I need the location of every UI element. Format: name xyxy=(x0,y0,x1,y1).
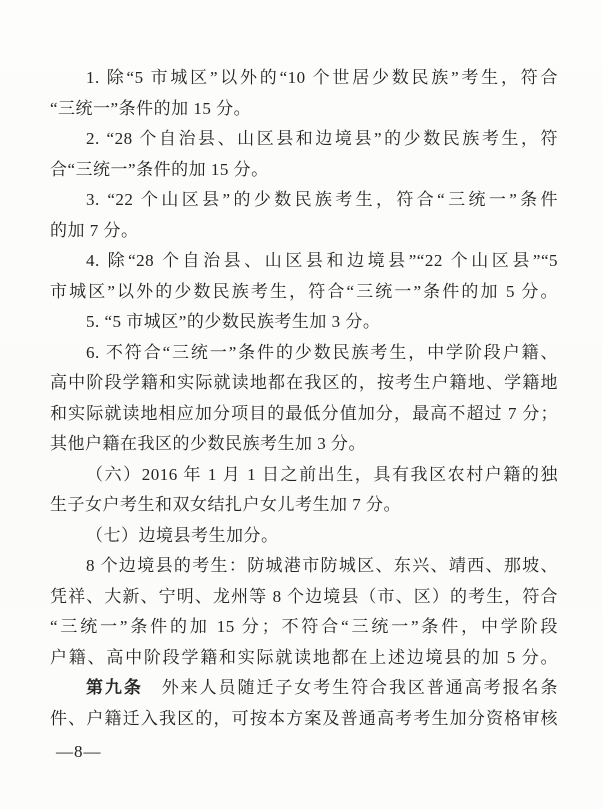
text-line: 第九条 外来人员随迁子女考生符合我区普通高考报名条 xyxy=(50,673,558,704)
text-line: 生子女户考生和双女结扎户女儿考生加 7 分。 xyxy=(50,490,558,521)
text-run: 凭祥、大新、宁明、龙州等 8 个边境县（市、区）的考生，符合 xyxy=(50,587,558,606)
text-line: 3. “22 个山区县”的少数民族考生，符合“三统一”条件 xyxy=(50,185,558,216)
text-run: “三统一”条件的加 15 分。 xyxy=(50,99,251,118)
text-line: （七）边境县考生加分。 xyxy=(50,521,558,552)
text-run: 户籍、高中阶段学籍和实际就读地都在上述边境县的加 5 分。 xyxy=(50,648,558,667)
text-run: 合“三统一”条件的加 15 分。 xyxy=(50,160,269,179)
text-run: 和实际就读地相应加分项目的最低分值加分，最高不超过 7 分； xyxy=(50,404,558,423)
document-body: 1. 除“5 市城区”以外的“10 个世居少数民族”考生，符合“三统一”条件的加… xyxy=(50,63,558,734)
text-line: 和实际就读地相应加分项目的最低分值加分，最高不超过 7 分； xyxy=(50,399,558,430)
text-run: （六）2016 年 1 月 1 日之前出生，具有我区农村户籍的独 xyxy=(86,465,558,484)
text-line: “三统一”条件的加 15 分。 xyxy=(50,94,558,125)
text-line: 其他户籍在我区的少数民族考生加 3 分。 xyxy=(50,429,558,460)
text-line: 4. 除“28 个自治县、山区县和边境县”“22 个山区县”“5 xyxy=(50,246,558,277)
text-line: （六）2016 年 1 月 1 日之前出生，具有我区农村户籍的独 xyxy=(50,460,558,491)
text-run: 外来人员随迁子女考生符合我区普通高考报名条 xyxy=(143,678,558,697)
text-line: 高中阶段学籍和实际就读地都在我区的，按考生户籍地、学籍地 xyxy=(50,368,558,399)
text-run: 其他户籍在我区的少数民族考生加 3 分。 xyxy=(50,434,366,453)
text-run: 5. “5 市城区”的少数民族考生加 3 分。 xyxy=(86,312,380,331)
text-run: 生子女户考生和双女结扎户女儿考生加 7 分。 xyxy=(50,495,401,514)
text-run: 的加 7 分。 xyxy=(50,221,139,240)
page-number: —8— xyxy=(56,741,102,763)
text-line: 户籍、高中阶段学籍和实际就读地都在上述边境县的加 5 分。 xyxy=(50,643,558,674)
text-line: 6. 不符合“三统一”条件的少数民族考生，中学阶段户籍、 xyxy=(50,338,558,369)
text-line: 5. “5 市城区”的少数民族考生加 3 分。 xyxy=(50,307,558,338)
text-run: 高中阶段学籍和实际就读地都在我区的，按考生户籍地、学籍地 xyxy=(50,373,558,392)
text-run: 2. “28 个自治县、山区县和边境县”的少数民族考生，符 xyxy=(86,129,558,148)
article-heading: 第九条 xyxy=(86,678,143,697)
text-line: 市城区”以外的少数民族考生，符合“三统一”条件的加 5 分。 xyxy=(50,277,558,308)
document-page: 1. 除“5 市城区”以外的“10 个世居少数民族”考生，符合“三统一”条件的加… xyxy=(0,0,602,809)
text-line: “三统一”条件的加 15 分；不符合“三统一”条件，中学阶段 xyxy=(50,612,558,643)
text-run: 6. 不符合“三统一”条件的少数民族考生，中学阶段户籍、 xyxy=(86,343,558,362)
text-run: 8 个边境县的考生：防城港市防城区、东兴、靖西、那坡、 xyxy=(86,556,558,575)
text-line: 的加 7 分。 xyxy=(50,216,558,247)
text-line: 2. “28 个自治县、山区县和边境县”的少数民族考生，符 xyxy=(50,124,558,155)
text-run: 市城区”以外的少数民族考生，符合“三统一”条件的加 5 分。 xyxy=(50,282,558,301)
text-run: （七）边境县考生加分。 xyxy=(86,526,279,545)
text-run: 4. 除“28 个自治县、山区县和边境县”“22 个山区县”“5 xyxy=(86,251,558,270)
text-run: “三统一”条件的加 15 分；不符合“三统一”条件，中学阶段 xyxy=(50,617,558,636)
text-run: 3. “22 个山区县”的少数民族考生，符合“三统一”条件 xyxy=(86,190,558,209)
text-line: 1. 除“5 市城区”以外的“10 个世居少数民族”考生，符合 xyxy=(50,63,558,94)
text-run: 1. 除“5 市城区”以外的“10 个世居少数民族”考生，符合 xyxy=(86,68,558,87)
text-line: 凭祥、大新、宁明、龙州等 8 个边境县（市、区）的考生，符合 xyxy=(50,582,558,613)
text-line: 8 个边境县的考生：防城港市防城区、东兴、靖西、那坡、 xyxy=(50,551,558,582)
text-line: 合“三统一”条件的加 15 分。 xyxy=(50,155,558,186)
text-line: 件、户籍迁入我区的，可按本方案及普通高考考生加分资格审核 xyxy=(50,704,558,735)
text-run: 件、户籍迁入我区的，可按本方案及普通高考考生加分资格审核 xyxy=(50,709,558,728)
